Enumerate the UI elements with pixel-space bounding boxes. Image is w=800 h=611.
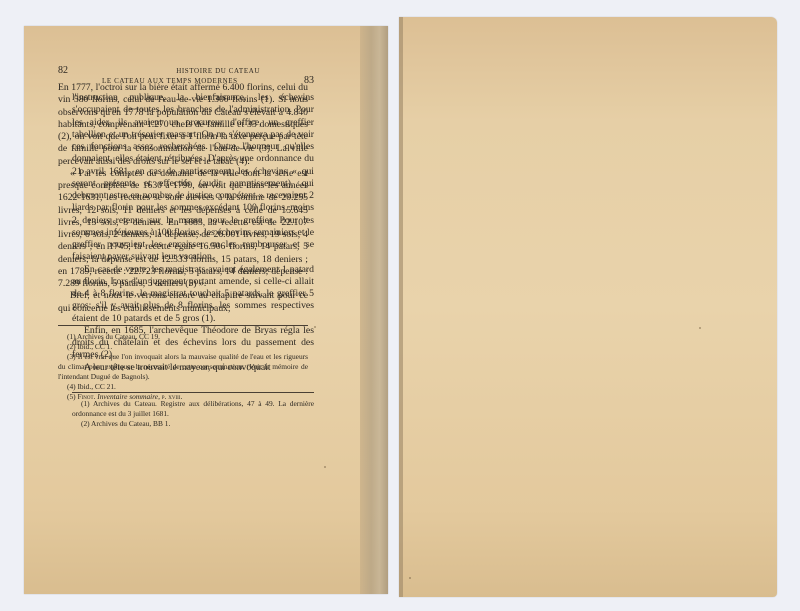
page-number: 82 <box>58 65 68 76</box>
running-head: LE CATEAU AUX TEMPS MODERNES <box>102 77 238 85</box>
footnote: (2) Archives du Cateau, BB 1. <box>72 419 314 429</box>
right-footnotes: (1) Archives du Cateau. Registre aux dél… <box>72 399 314 429</box>
running-head: HISTOIRE DU CATEAU <box>176 67 260 75</box>
page-spine-edge <box>360 26 388 594</box>
footnote-rule <box>72 392 314 393</box>
paragraph: l'instruction publique, la bienfaisance,… <box>72 92 314 264</box>
right-page-header: LE CATEAU AUX TEMPS MODERNES 83 <box>72 75 314 86</box>
right-page <box>399 17 777 597</box>
paper-speck <box>314 326 316 328</box>
paragraph: A leur tête se trouvait le mayeur, qui c… <box>72 362 314 374</box>
footnote: (1) Archives du Cateau. Registre aux dél… <box>72 399 314 419</box>
paper-speck <box>324 466 326 468</box>
paragraph: En cas de vente, les magistrats avaient … <box>72 264 314 325</box>
page-number: 83 <box>304 75 314 86</box>
page-gutter-edge <box>399 17 403 597</box>
paper-speck <box>409 577 411 579</box>
right-page-content: LE CATEAU AUX TEMPS MODERNES 83 l'instru… <box>72 75 314 429</box>
paper-speck <box>699 327 701 329</box>
right-body-text: l'instruction publique, la bienfaisance,… <box>72 92 314 374</box>
paragraph: Enfin, en 1685, l'archevêque Théodore de… <box>72 325 314 362</box>
